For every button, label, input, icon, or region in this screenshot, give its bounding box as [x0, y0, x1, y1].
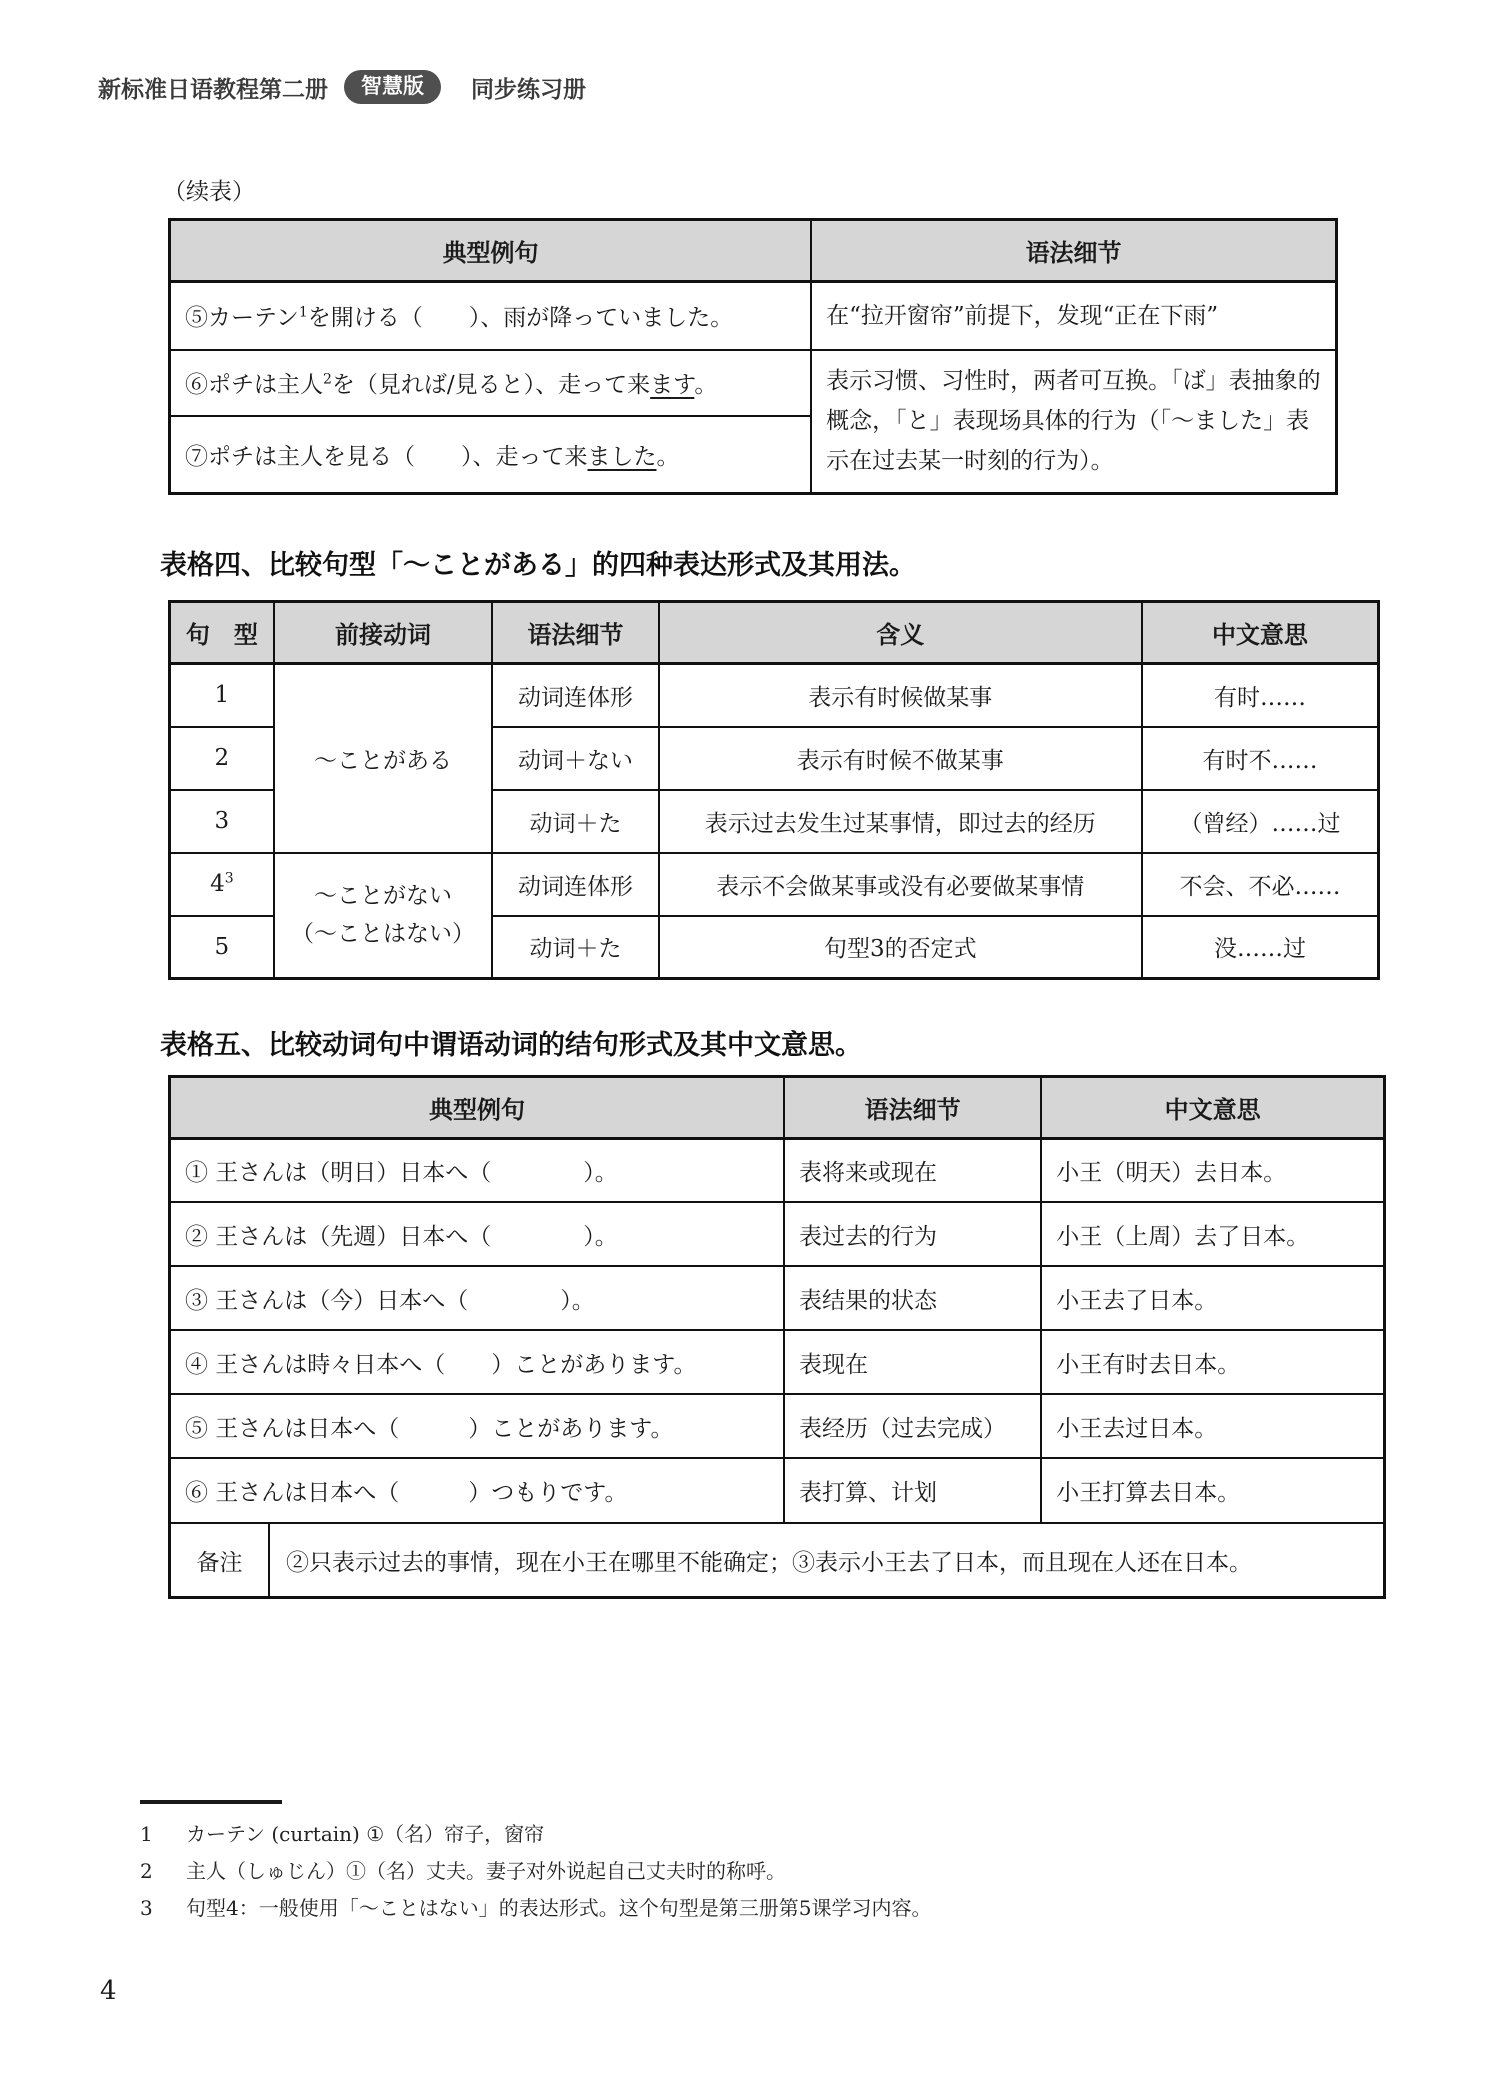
- t4-header-grammar: 语法细节: [492, 602, 658, 664]
- verb-line: （～ことはない）: [275, 915, 492, 953]
- t4-chinese-cell: 有时不……: [1142, 727, 1379, 790]
- t5-chinese-cell: 小王打算去日本。: [1041, 1458, 1383, 1522]
- table-five-grid: 典型例句 语法细节 中文意思 ① 王さんは（明日）日本へ（ ）。 表将来或现在 …: [171, 1078, 1383, 1522]
- example-text: 。: [694, 372, 717, 398]
- t4-num-cell: 1: [170, 664, 274, 727]
- table-row: ⑥ 王さんは日本へ（ ）つもりです。 表打算、计划 小王打算去日本。: [171, 1458, 1383, 1522]
- t4-grammar-cell: 动词连体形: [492, 664, 658, 727]
- t5-chinese-cell: 小王（上周）去了日本。: [1041, 1202, 1383, 1266]
- t5-example-cell: ⑥ 王さんは日本へ（ ）つもりです。: [171, 1458, 784, 1522]
- verb-line: ～ことがない: [275, 877, 492, 915]
- pattern-number: 4: [210, 871, 225, 897]
- table-row: ① 王さんは（明日）日本へ（ ）。 表将来或现在 小王（明天）去日本。: [171, 1138, 1383, 1202]
- footnote-number: 2: [140, 1853, 162, 1890]
- footnote-ref: 2: [323, 371, 332, 387]
- t5-grammar-cell: 表结果的状态: [784, 1266, 1041, 1330]
- example-text: を（見れば/見ると）、走って来: [332, 372, 650, 398]
- t5-example-cell: ② 王さんは（先週）日本へ（ ）。: [171, 1202, 784, 1266]
- t5-chinese-cell: 小王（明天）去日本。: [1041, 1138, 1383, 1202]
- table5-title: 表格五、比较动词句中谓语动词的结句形式及其中文意思。: [160, 1023, 862, 1062]
- t4-meaning-cell: 表示有时候做某事: [659, 664, 1142, 727]
- footnote-text: 主人（しゅじん）①（名）丈夫。妻子对外说起自己丈夫时的称呼。: [186, 1853, 786, 1890]
- table-continued: 典型例句 语法细节 ⑤カーテン1を開ける（ ）、雨が降っていました。 在“拉开窗…: [168, 218, 1338, 495]
- table-header-row: 句 型 前接动词 语法细节 含义 中文意思: [170, 602, 1379, 664]
- t4-grammar-cell: 动词＋た: [492, 916, 658, 979]
- edition-badge: 智慧版: [344, 70, 441, 104]
- note-label: 备注: [171, 1524, 270, 1596]
- table-five: 典型例句 语法细节 中文意思 ① 王さんは（明日）日本へ（ ）。 表将来或现在 …: [168, 1075, 1386, 1599]
- t4-chinese-cell: （曾经）……过: [1142, 790, 1379, 853]
- table-row: ② 王さんは（先週）日本へ（ ）。 表过去的行为 小王（上周）去了日本。: [171, 1202, 1383, 1266]
- underlined-text: ました: [588, 444, 657, 470]
- t5-grammar-cell: 表经历（过去完成）: [784, 1394, 1041, 1458]
- table-row: ④ 王さんは時々日本へ（ ）ことがあります。 表现在 小王有时去日本。: [171, 1330, 1383, 1394]
- table-row: 43 ～ことがない （～ことはない） 动词连体形 表示不会做某事或没有必要做某事…: [170, 853, 1379, 916]
- t4-num-cell: 3: [170, 790, 274, 853]
- t5-header-chinese: 中文意思: [1041, 1078, 1383, 1138]
- t5-example-cell: ① 王さんは（明日）日本へ（ ）。: [171, 1138, 784, 1202]
- example-text: ⑤カーテン: [185, 305, 299, 331]
- t4-chinese-cell: 有时……: [1142, 664, 1379, 727]
- t1-example-cell-5: ⑤カーテン1を開ける（ ）、雨が降っていました。: [170, 282, 812, 350]
- t5-header-example: 典型例句: [171, 1078, 784, 1138]
- note-text: ②只表示过去的事情，现在小王在哪里不能确定；③表示小王去了日本，而且现在人还在日…: [270, 1524, 1383, 1596]
- example-text: ⑦ポチは主人を見る（ ）、走って来: [185, 444, 588, 470]
- t4-chinese-cell: 不会、不必……: [1142, 853, 1379, 916]
- underlined-text: ます: [650, 372, 694, 398]
- t1-example-cell-7: ⑦ポチは主人を見る（ ）、走って来ました。: [170, 416, 812, 494]
- t4-grammar-cell: 动词连体形: [492, 853, 658, 916]
- footnote-ref: 3: [225, 870, 234, 886]
- t5-chinese-cell: 小王去过日本。: [1041, 1394, 1383, 1458]
- t1-header-detail: 语法细节: [811, 220, 1336, 282]
- t5-grammar-cell: 表将来或现在: [784, 1138, 1041, 1202]
- continued-table-label: （续表）: [163, 173, 255, 206]
- t5-example-cell: ③ 王さんは（今）日本へ（ ）。: [171, 1266, 784, 1330]
- book-subtitle: 同步练习册: [471, 71, 586, 104]
- footnote-text: カーテン (curtain) ①（名）帘子，窗帘: [186, 1816, 544, 1853]
- t4-header-chinese: 中文意思: [1142, 602, 1379, 664]
- t4-meaning-cell: 表示过去发生过某事情，即过去的经历: [659, 790, 1142, 853]
- table-four: 句 型 前接动词 语法细节 含义 中文意思 1 ～ことがある 动词连体形 表示有…: [168, 600, 1380, 980]
- t4-meaning-cell: 表示不会做某事或没有必要做某事情: [659, 853, 1142, 916]
- table-row: ⑤ 王さんは日本へ（ ）ことがあります。 表经历（过去完成） 小王去过日本。: [171, 1394, 1383, 1458]
- t5-grammar-cell: 表现在: [784, 1330, 1041, 1394]
- t5-chinese-cell: 小王去了日本。: [1041, 1266, 1383, 1330]
- t5-example-cell: ⑤ 王さんは日本へ（ ）ことがあります。: [171, 1394, 784, 1458]
- t1-example-cell-6: ⑥ポチは主人2を（見れば/見ると）、走って来ます。: [170, 350, 812, 416]
- t4-chinese-cell: 没……过: [1142, 916, 1379, 979]
- t5-example-cell: ④ 王さんは時々日本へ（ ）ことがあります。: [171, 1330, 784, 1394]
- footnote-number: 1: [140, 1816, 162, 1853]
- t1-header-example: 典型例句: [170, 220, 812, 282]
- table-row: ③ 王さんは（今）日本へ（ ）。 表结果的状态 小王去了日本。: [171, 1266, 1383, 1330]
- footnote-line: 2 主人（しゅじん）①（名）丈夫。妻子对外说起自己丈夫时的称呼。: [140, 1853, 931, 1890]
- footnote-divider: [140, 1800, 282, 1804]
- t4-verb-cell-merged-1: ～ことがある: [274, 664, 493, 853]
- t4-num-cell: 2: [170, 727, 274, 790]
- table-row: ⑥ポチは主人2を（見れば/見ると）、走って来ます。 表示习惯、习性时，两者可互换…: [170, 350, 1337, 416]
- table-row: ⑤カーテン1を開ける（ ）、雨が降っていました。 在“拉开窗帘”前提下，发现“正…: [170, 282, 1337, 350]
- running-head: 新标准日语教程第二册 智慧版 同步练习册: [98, 70, 586, 104]
- t1-detail-cell-merged: 表示习惯、习性时，两者可互换。「ば」表抽象的概念，「と」表现场具体的行为（「～ま…: [811, 350, 1336, 494]
- t4-header-meaning: 含义: [659, 602, 1142, 664]
- series-title: 新标准日语教程第二册: [98, 71, 328, 104]
- table-header-row: 典型例句 语法细节: [170, 220, 1337, 282]
- t4-grammar-cell: 动词＋ない: [492, 727, 658, 790]
- page-number: 4: [100, 1976, 117, 2006]
- table-row: 1 ～ことがある 动词连体形 表示有时候做某事 有时……: [170, 664, 1379, 727]
- t5-grammar-cell: 表打算、计划: [784, 1458, 1041, 1522]
- footnote-ref: 1: [299, 305, 308, 321]
- table4-title: 表格四、比较句型「～ことがある」的四种表达形式及其用法。: [160, 543, 916, 582]
- t5-grammar-cell: 表过去的行为: [784, 1202, 1041, 1266]
- t5-chinese-cell: 小王有时去日本。: [1041, 1330, 1383, 1394]
- example-text: ⑥ポチは主人: [185, 372, 323, 398]
- footnote-text: 句型4：一般使用「～ことはない」的表达形式。这个句型是第三册第5课学习内容。: [186, 1890, 931, 1927]
- t4-num-cell: 43: [170, 853, 274, 916]
- t4-meaning-cell: 表示有时候不做某事: [659, 727, 1142, 790]
- t4-header-pattern: 句 型: [170, 602, 274, 664]
- footnote-line: 1 カーテン (curtain) ①（名）帘子，窗帘: [140, 1816, 931, 1853]
- example-text: 。: [657, 444, 680, 470]
- t4-num-cell: 5: [170, 916, 274, 979]
- t4-grammar-cell: 动词＋た: [492, 790, 658, 853]
- t4-meaning-cell: 句型3的否定式: [659, 916, 1142, 979]
- document-page: 新标准日语教程第二册 智慧版 同步练习册 （续表） 典型例句 语法细节 ⑤カーテ…: [0, 0, 1497, 2092]
- table-header-row: 典型例句 语法细节 中文意思: [171, 1078, 1383, 1138]
- t1-detail-cell-5: 在“拉开窗帘”前提下，发现“正在下雨”: [811, 282, 1336, 350]
- footnote-line: 3 句型4：一般使用「～ことはない」的表达形式。这个句型是第三册第5课学习内容。: [140, 1890, 931, 1927]
- footnote-number: 3: [140, 1890, 162, 1927]
- t4-verb-cell-merged-2: ～ことがない （～ことはない）: [274, 853, 493, 979]
- footnotes: 1 カーテン (curtain) ①（名）帘子，窗帘 2 主人（しゅじん）①（名…: [140, 1816, 931, 1927]
- t4-header-verb: 前接动词: [274, 602, 493, 664]
- t5-header-grammar: 语法细节: [784, 1078, 1041, 1138]
- example-text: を開ける（ ）、雨が降っていました。: [308, 305, 734, 331]
- note-row: 备注 ②只表示过去的事情，现在小王在哪里不能确定；③表示小王去了日本，而且现在人…: [171, 1522, 1383, 1596]
